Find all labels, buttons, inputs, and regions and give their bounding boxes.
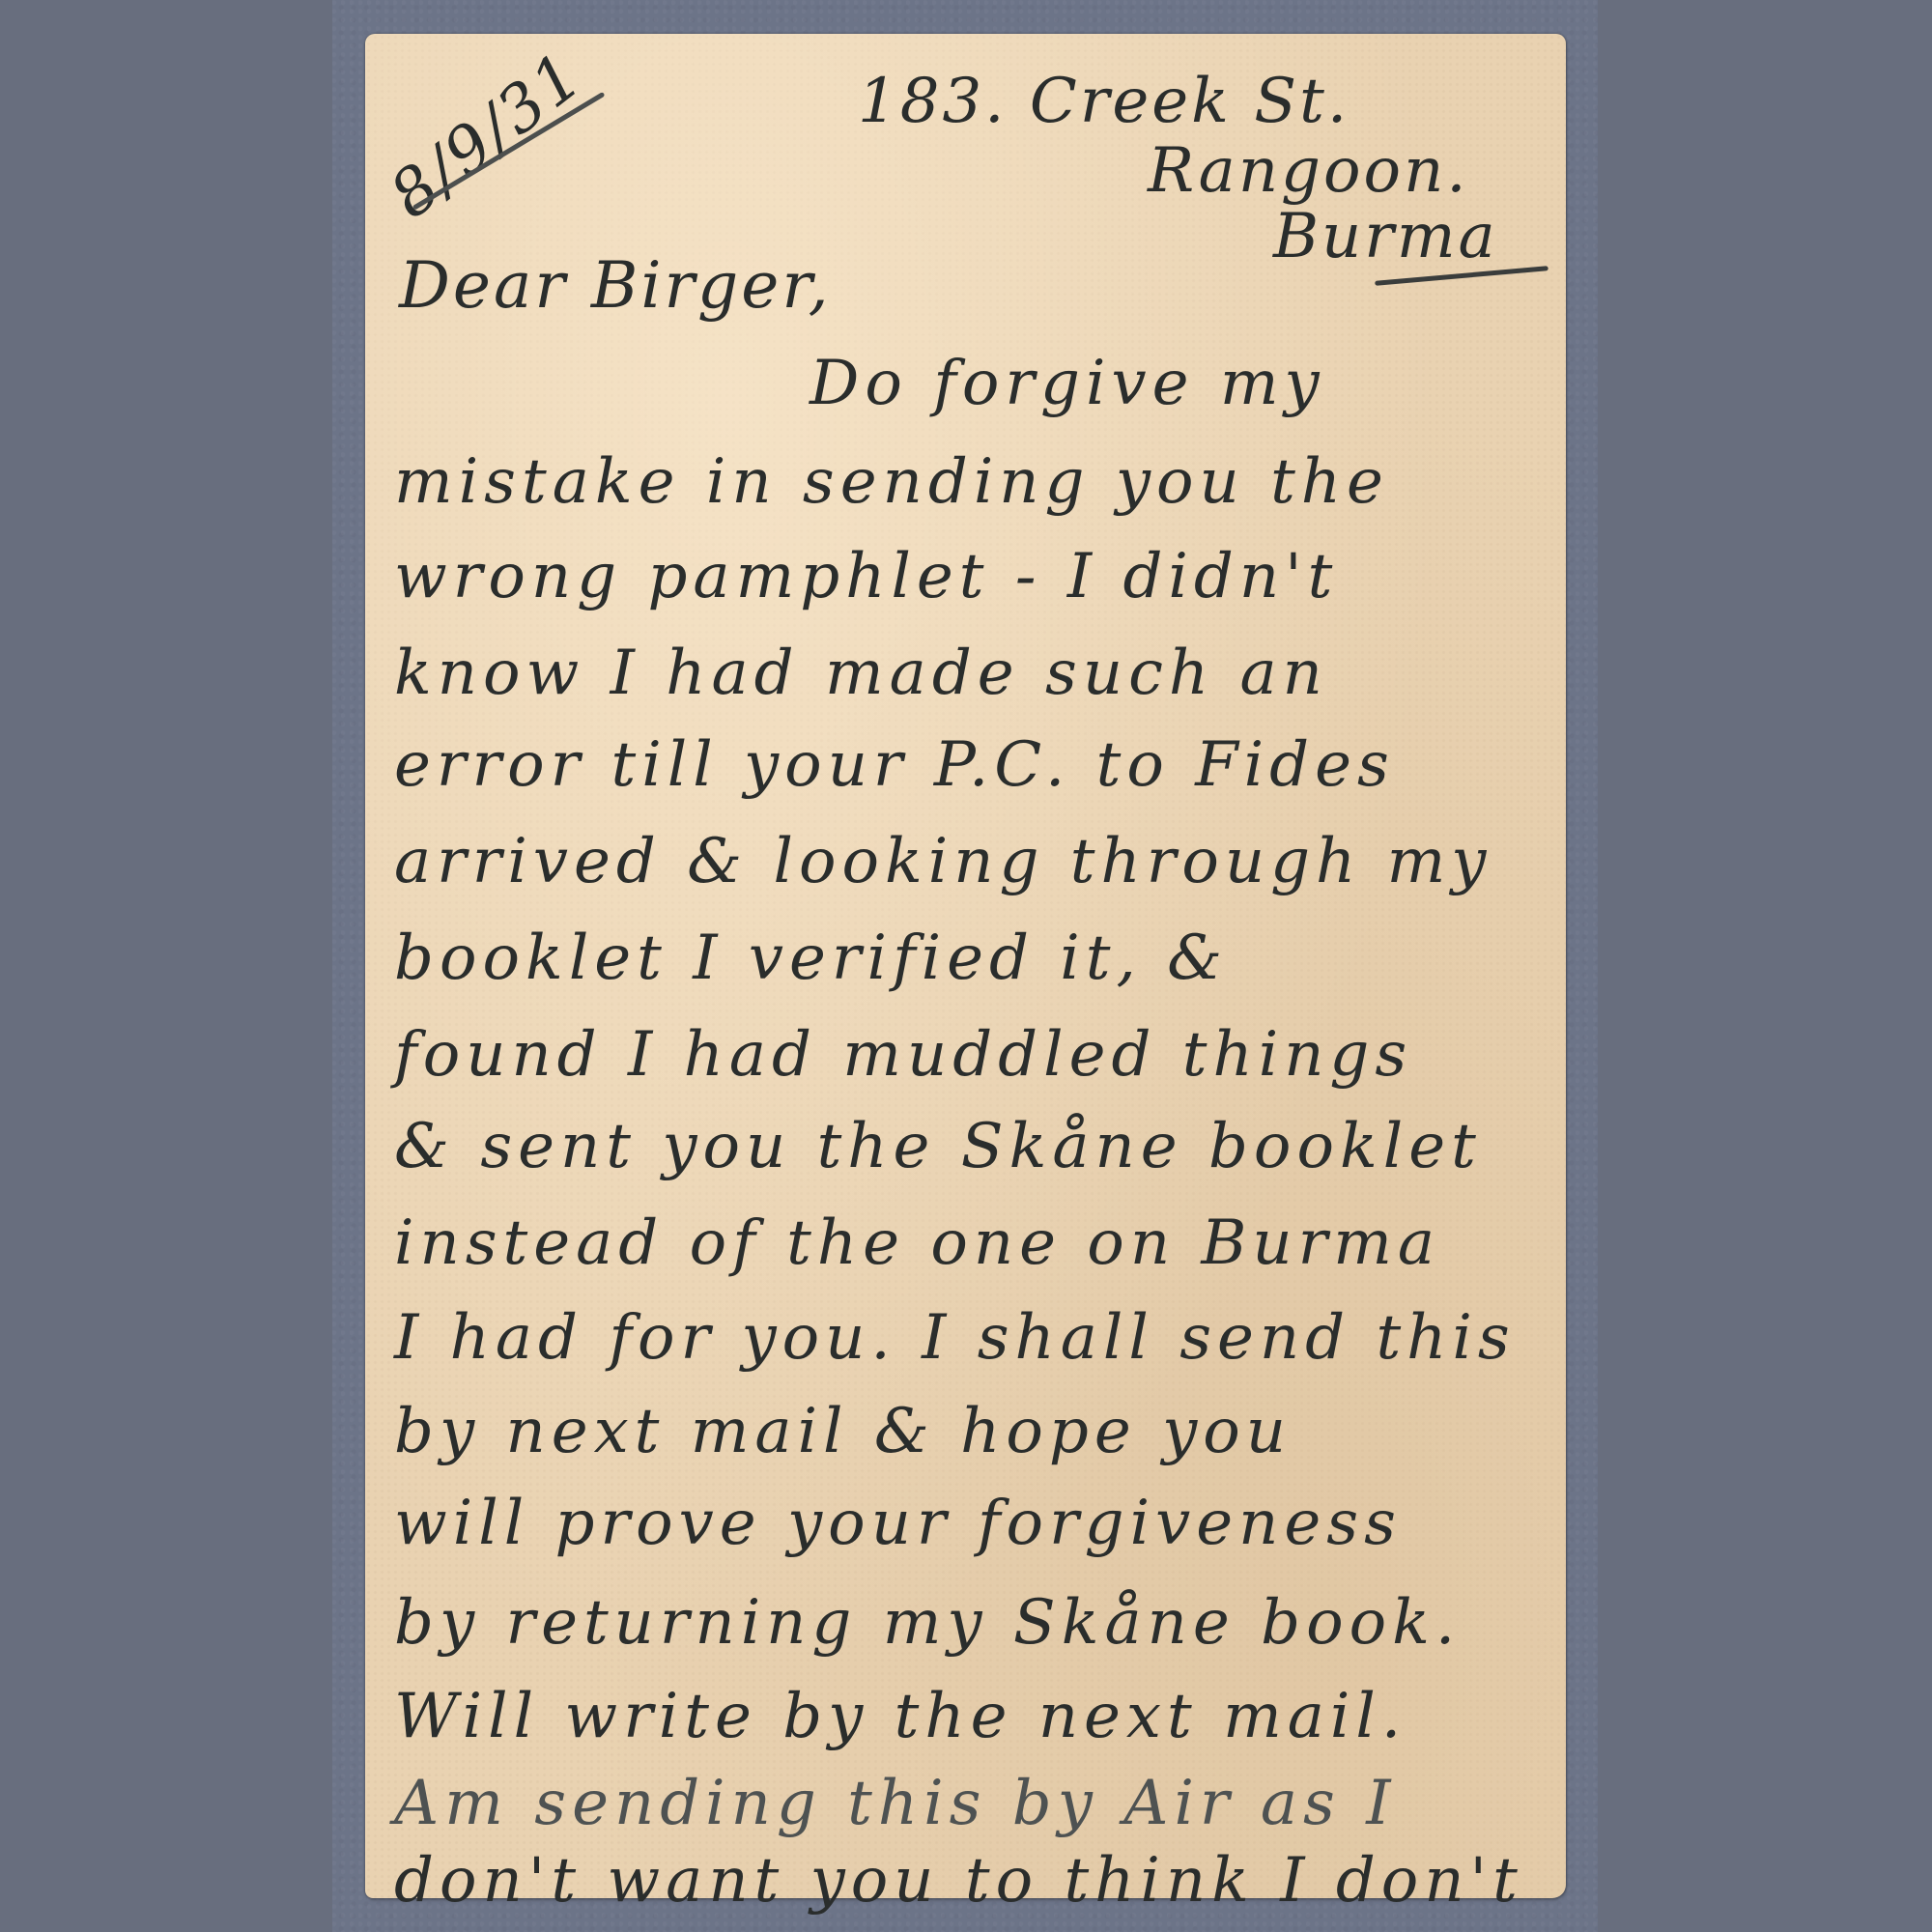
postcard: 8/9/31 183. Creek St. Rangoon. Burma Dea… xyxy=(365,34,1566,1898)
body-line: know I had made such an xyxy=(394,642,1328,704)
address-city: Rangoon. xyxy=(1148,140,1469,202)
body-line: Do forgive my xyxy=(810,353,1325,414)
body-line: booklet I verified it, & xyxy=(394,927,1228,989)
body-line: found I had muddled things xyxy=(394,1024,1412,1086)
body-line: & sent you the Skåne booklet xyxy=(394,1116,1482,1178)
body-line: mistake in sending you the xyxy=(394,451,1389,513)
body-line: will prove your forgiveness xyxy=(394,1492,1402,1554)
body-line: by next mail & hope you xyxy=(394,1401,1292,1463)
letter-date: 8/9/31 xyxy=(380,42,594,229)
body-line: arrived & looking through my xyxy=(394,831,1492,893)
address-country: Burma xyxy=(1273,206,1498,268)
body-line: I had for you. I shall send this xyxy=(394,1307,1516,1369)
body-line: wrong pamphlet - I didn't xyxy=(394,546,1338,608)
body-line: by returning my Skåne book. xyxy=(394,1592,1461,1654)
address-street: 183. Creek St. xyxy=(858,71,1350,132)
body-line: error till your P.C. to Fides xyxy=(394,734,1395,796)
body-line: Am sending this by Air as I xyxy=(394,1773,1396,1834)
body-line: instead of the one on Burma xyxy=(394,1212,1440,1274)
body-line: don't want you to think I don't xyxy=(394,1850,1523,1912)
salutation: Dear Birger, xyxy=(399,254,832,318)
body-line: Will write by the next mail. xyxy=(394,1686,1406,1747)
